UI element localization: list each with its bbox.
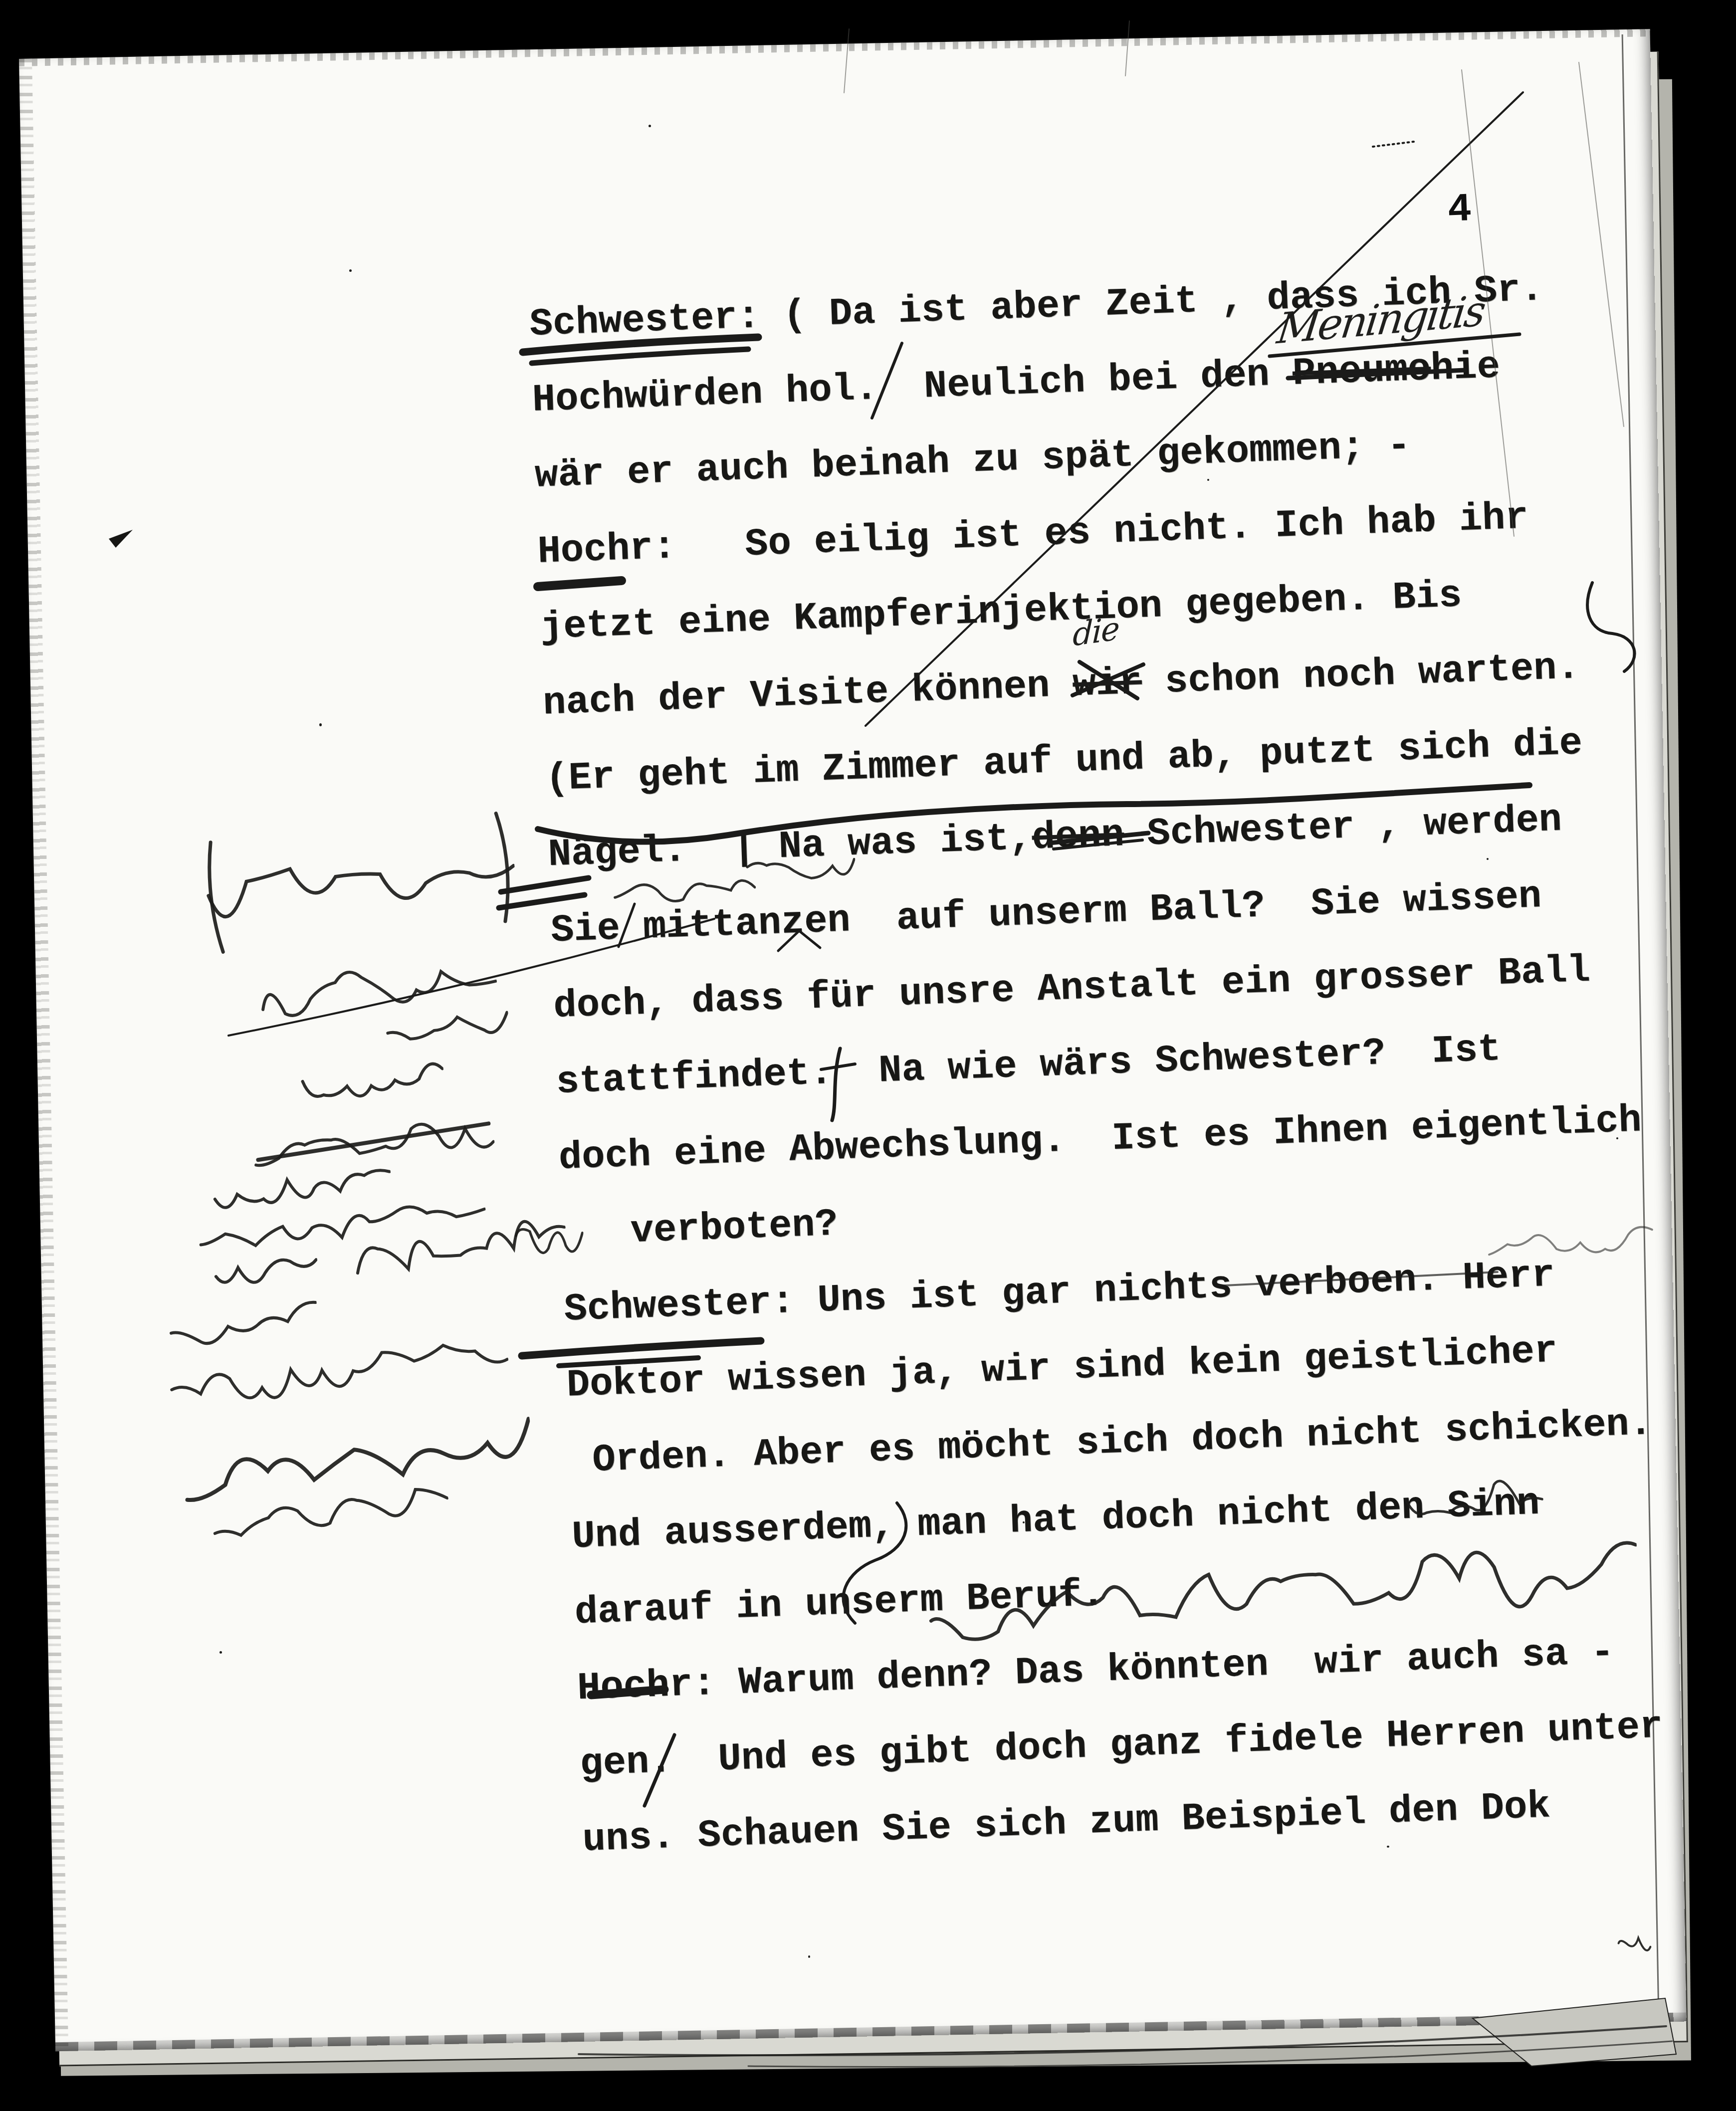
scan-speck — [1616, 1137, 1618, 1139]
struck-word: denn — [1031, 814, 1125, 860]
typed-line: Hochr: So eilig ist es nicht. Ich hab ih… — [537, 492, 1529, 582]
typed-text: Doktor wissen ja, wir sind kein geistlic… — [566, 1329, 1558, 1407]
typed-text: So eilig ist es nicht. Ich hab ihr — [675, 496, 1529, 569]
typed-text: Uns ist gar nichts verboen. Herr — [794, 1254, 1555, 1323]
typed-line: Schwester: Uns ist gar nichts verboen. H… — [563, 1250, 1556, 1340]
typed-text: jetzt eine Kampferinjektion gegeben. Bis — [539, 574, 1462, 649]
typed-text: nach der Visite können — [542, 663, 1074, 725]
typed-text-block: Schwester: ( Da ist aber Zeit , dass ich… — [529, 258, 1736, 1924]
scan-top-edge-texture — [19, 29, 1650, 66]
typed-text: doch, dass für unsre Anstalt ein grosser… — [553, 949, 1591, 1029]
speaker-name: Schwester: — [529, 295, 761, 347]
typed-line: uns. Schauen Sie sich zum Beispiel den D… — [582, 1781, 1551, 1871]
typed-text: doch eine Abwechslung. Ist es Ihnen eige… — [558, 1099, 1642, 1180]
typed-line: gen. Und es gibt doch ganz fidele Herren… — [579, 1701, 1664, 1795]
typed-text: hie — [1430, 345, 1501, 391]
scanned-manuscript-screenshot: { "page": { "number": "4", "lines": [ {"… — [0, 0, 1736, 2111]
scan-left-edge-texture — [19, 59, 68, 2052]
typed-line: nach der Visite können wir schon noch wa… — [542, 642, 1581, 734]
typed-text: verboten? — [561, 1203, 839, 1256]
typed-line: wär er auch beinah zu spät gekommen; - — [534, 421, 1412, 507]
scan-speck — [1023, 1521, 1025, 1523]
scan-speck — [219, 1651, 222, 1654]
typed-text: (Er geht im Zimmer auf und ab, putzt sic… — [545, 722, 1583, 802]
typed-text: gen. Und es gibt doch ganz fidele Herren… — [579, 1705, 1663, 1786]
typed-line: stattfindet. Na wie wärs Schwester? Ist — [555, 1024, 1502, 1113]
typed-text: stattfindet. Na wie wärs Schwester? Ist — [555, 1028, 1501, 1104]
typed-line: jetzt eine Kampferinjektion gegeben. Bis — [539, 570, 1463, 658]
scan-speck — [1387, 1846, 1389, 1848]
page-number: 4 — [1447, 187, 1472, 233]
typed-line: Hochwürden hol. Neulich bei den Pneumohi… — [531, 341, 1501, 431]
typed-text: uns. Schauen Sie sich zum Beispiel den D… — [582, 1785, 1551, 1862]
typed-text: schon noch warten. — [1141, 646, 1580, 705]
note-left-of-verboten — [512, 1210, 586, 1267]
speaker-name: Hochr: — [577, 1663, 716, 1711]
scan-speck — [319, 723, 322, 726]
typed-text: wär er auch beinah zu spät gekommen; - — [534, 424, 1411, 498]
small-mark-bottom-right — [1615, 1924, 1652, 1961]
typed-line: doch eine Abwechslung. Ist es Ihnen eige… — [558, 1095, 1642, 1189]
typed-line: doch, dass für unsre Anstalt ein grosser… — [553, 945, 1591, 1037]
typed-text: Schwester , werden — [1123, 798, 1562, 857]
handwritten-correction-die: die — [1072, 610, 1119, 654]
note-above-auf — [745, 843, 857, 893]
speaker-name: Schwester: — [563, 1280, 795, 1332]
typed-text: Hochwürden hol. Neulich bei den — [532, 353, 1294, 422]
typed-line: (Er geht im Zimmer auf und ab, putzt sic… — [545, 718, 1583, 810]
scan-speck — [349, 269, 352, 272]
typed-line: verboten? — [561, 1199, 839, 1265]
typed-line: Doktor wissen ja, wir sind kein geistlic… — [566, 1325, 1558, 1416]
scan-speck — [1487, 858, 1489, 860]
scan-speck — [649, 125, 651, 127]
scan-speck — [1207, 479, 1209, 481]
speaker-name: Hochr: — [537, 526, 676, 574]
scan-speck — [808, 1955, 810, 1958]
struck-word: Pneumo — [1292, 348, 1432, 396]
struck-word: wir — [1072, 661, 1143, 707]
